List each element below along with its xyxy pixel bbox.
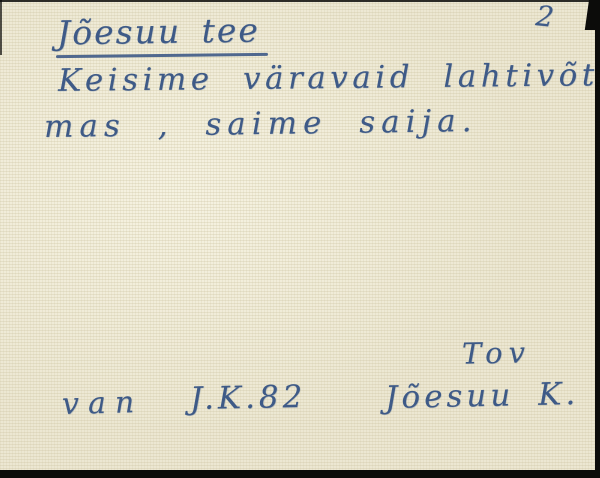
title-underline [56, 53, 268, 58]
scan-edge-left [0, 0, 2, 55]
signature-name: Jõesuu K. [385, 376, 580, 416]
body-text-line-2: mas , saime saija. [44, 103, 478, 145]
footer-left-note: van [62, 385, 144, 422]
signature-prefix: Tov [462, 335, 532, 370]
scan-edge-right [595, 0, 600, 478]
body-text-line-1: Keisime väravaid lahtivõt- [58, 57, 600, 99]
footer-date-code: J.K.82 [190, 379, 307, 417]
page-number: 2 [534, 0, 556, 34]
archive-card-scan: 2 Jõesuu tee Keisime väravaid lahtivõt- … [0, 0, 600, 478]
scan-edge-bottom [0, 470, 600, 478]
scan-edge-top [0, 0, 600, 2]
card-title: Jõesuu tee [57, 11, 260, 53]
